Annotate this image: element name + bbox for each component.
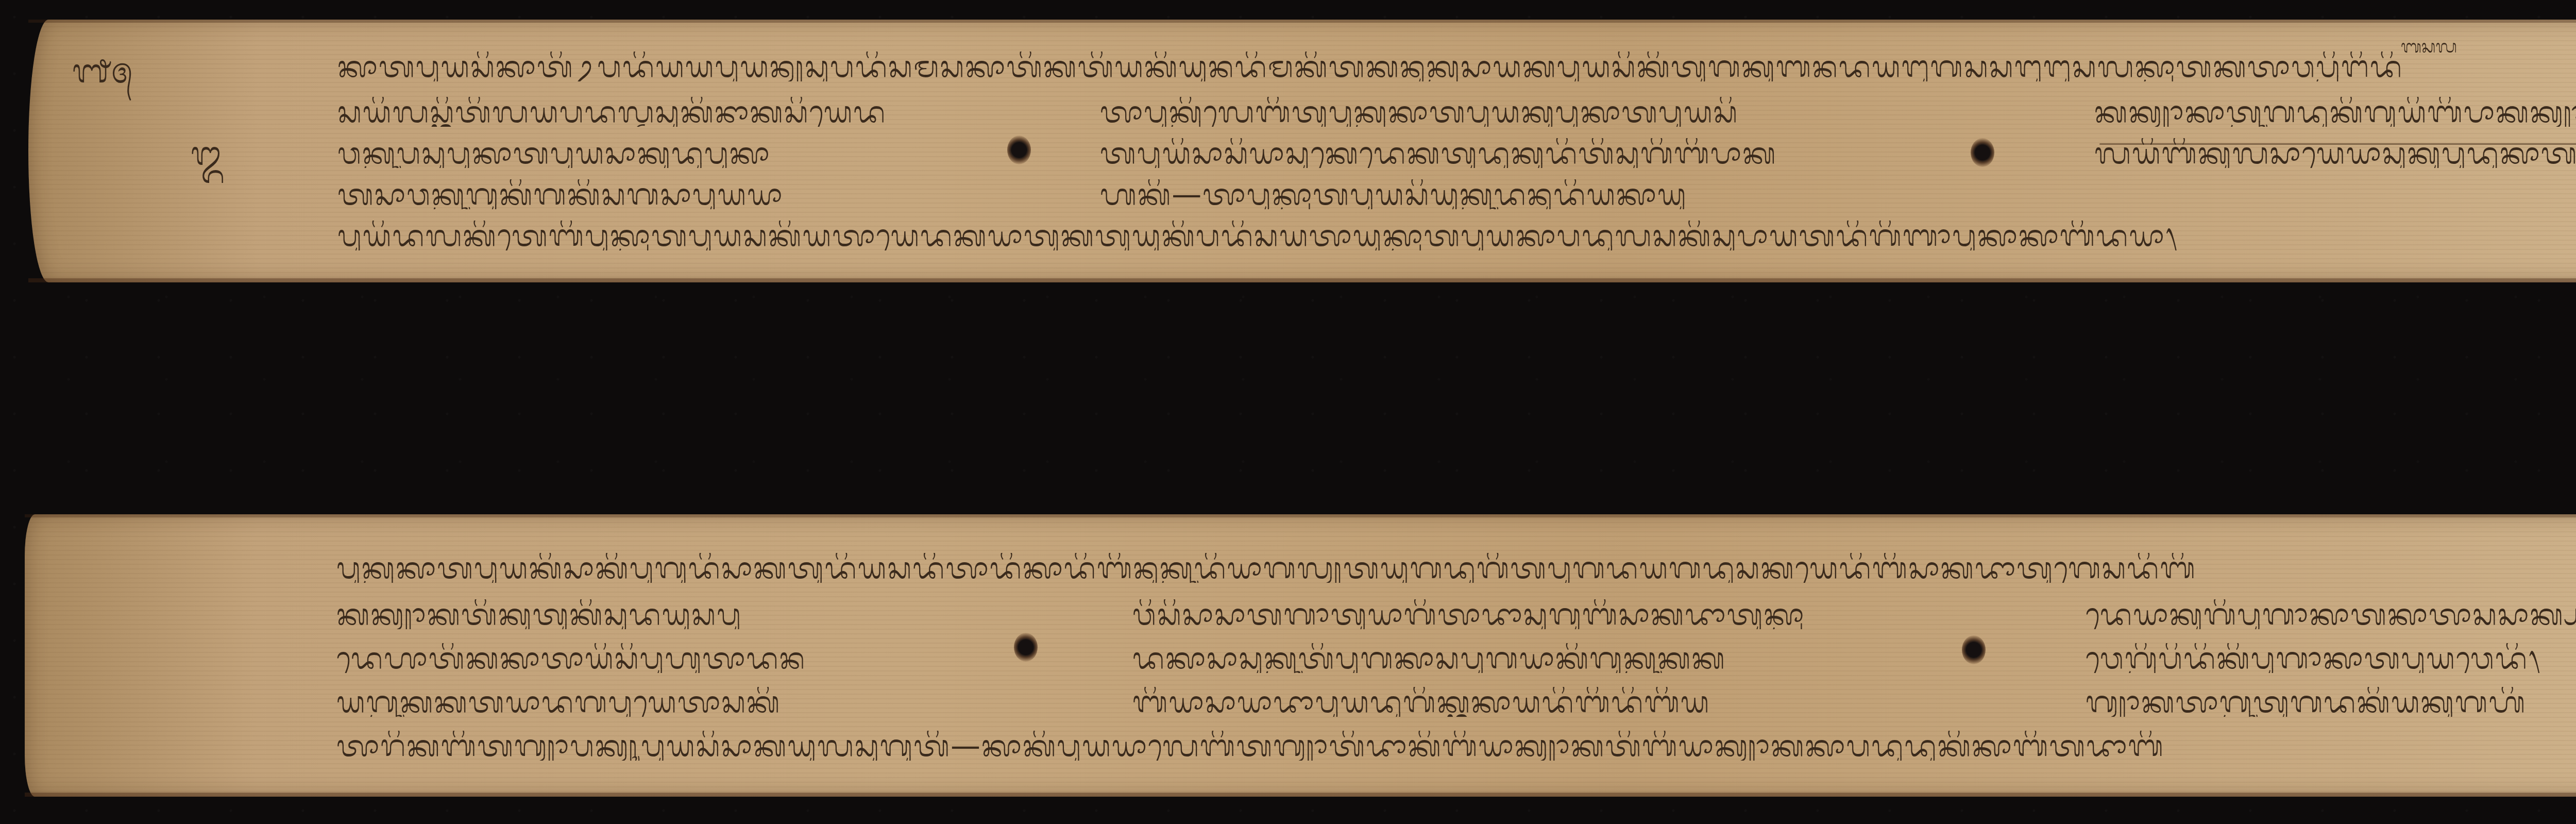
text-line-5: ᬧᬸᬬᬶᬤᬮᬓᬶᬢᬾᬩᬶᬧᬸᬓ᭄ᬭᬵᬢᬧᬸᬬᬲᬓᬶᬬᬢᬵᬬᬾᬤᬓᬬᬵᬢᬸᬓᬢᬸᬬ… [337, 221, 2576, 250]
text-line-4-middle: ᬩᬶᬬᬵᬲᬵᬬᬵᬤᬵᬧᬸᬬᬤᬸᬕᬶᬓ᭄ᬓᬸᬓᬵᬬᬤᬶᬩᬶᬤᬶᬩᬶᬬ [1132, 687, 1931, 717]
text-line-3-right: ᬯᬾᬕ᭄ᬭᬶᬧᬶᬤᬶᬓᬶᬧᬸᬕᬵᬓᬵᬢᬧᬸᬬᬯᬾᬤᬶ᭞ [2086, 643, 2576, 673]
leaf-edge [28, 278, 2576, 282]
text-line-2-left: ᬲᬬᬶᬮᬲ᭄ᬓᬶᬢᬶᬮᬬᬧᬤᬮ᭄ᬤᬸᬲᬸᬓᬶᬦᬵᬓᬲᬶᬬᬾᬤ [337, 97, 945, 127]
text-line-2-right: ᬓᬓ᭄ᬬᬵᬓᬵᬢ᭄ᬭᬸᬕᬤᬸᬓᬶᬕᬸᬬᬶᬩᬶᬧᬵᬓᬓ᭄ᬬᬵᬓ [2094, 97, 2576, 127]
text-line-4-left: ᬢᬲᬵᬯᬓ᭄ᬭᬸᬕᬸᬓᬶᬕᬓᬶᬲᬕᬲᬵᬧᬸᬬᬬᬵ [337, 179, 945, 209]
text-line-3-left: ᬯᬓ᭄ᬭᬸᬧᬲᬸᬧᬸᬓᬵᬢᬧᬸᬬᬲᬵᬓᬸᬤᬸᬧᬸᬓᬵ [337, 138, 945, 168]
text-line-5: ᬢᬵᬭᬶᬓᬩᬶᬢᬕ᭄ᬬᬵᬧᬓ᭄ᬬᬸᬧᬸᬬᬲᬶᬲᬵᬓᬬᬸᬮᬲᬸᬕᬸᬢᬶ—ᬓᬵᬓᬶᬧ… [336, 731, 2576, 761]
text-line-4-left: ᬬᬕ᭄ᬭᬸᬓᬓᬢᬬᬵᬤᬕᬧᬸᬬᬾᬢᬵᬲᬓᬶ [336, 687, 944, 717]
text-line-3-left: ᬤᬾᬳᬵᬢᬶᬓᬓᬵᬢᬵᬬᬶᬲᬶᬧᬸᬳᬸᬢᬵᬤᬦ [336, 643, 944, 673]
text-line-2-middle: ᬢᬵᬧᬸᬓ᭄ᬭᬶᬮᬾᬩᬶᬢᬸᬧᬸᬓ᭄ᬭᬓᬵᬢᬧᬸᬬᬓᬸᬧᬸᬓᬵᬢᬧᬸᬬᬲᬶ [1100, 97, 1924, 127]
binding-hole-left [1007, 136, 1031, 164]
margin-mark: ᭓ [191, 130, 223, 189]
text-line-2-left: ᬓᬓ᭄ᬬᬵᬓᬢᬶᬓᬸᬢᬸᬓᬶᬲᬸᬤᬬᬸᬲᬧᬸ [336, 599, 944, 629]
text-line-3-right: ᬮᬬᬶᬩᬶᬓᬸᬮᬲᬵᬬᬾᬬᬵᬲᬸᬓᬸᬧᬸᬤᬸᬓᬵᬢᬧ [2094, 138, 2576, 168]
text-line-2-middle: ᬯᬶᬲᬶᬲᬵᬲᬵᬢᬕᬵᬢᬸᬬᬵᬕᬶᬢᬵᬤᬵᬲᬸᬕᬸᬩᬶᬲᬵᬓᬤᬵᬢᬸᬓ᭄ᬭᬵ [1132, 599, 1931, 629]
text-line-3-middle: ᬤᬓᬵᬲᬵᬲᬸᬓ᭄ᬭᬸᬢᬶᬧᬸᬕᬓᬵᬲᬧᬸᬕᬬᬵᬓᬶᬕᬸᬓ᭄ᬭᬸᬓᬓ [1132, 643, 1931, 673]
palm-leaf-bottom: ᬧᬸᬓ᭄ᬭᬓᬵᬢᬧᬸᬬᬓᬶᬲᬵᬓᬶᬧᬸᬕᬸᬤᬶᬲᬵᬓᬢᬸᬤᬶᬬᬲᬤᬶᬢᬵᬤᬶᬓᬵ… [25, 514, 2576, 797]
text-line-1: ᬓᬵᬢᬧᬸᬬᬲᬶᬓᬵᬢᬶᬉᬧᬤᬶᬬᬬᬧᬸᬬᬦ᭄ᬬᬲᬸᬧᬤᬶᬲᬫᬲᬓᬵᬢᬶᬓᬢᬶᬬ… [337, 52, 2576, 81]
text-line-3-middle: ᬢᬧᬸᬬᬶᬲᬵᬲᬶᬬᬵᬲᬸᬓᬾᬤᬾᬓᬢᬸᬤᬸᬓᬸᬤᬶᬢᬶᬲᬸᬕᬶᬩᬶᬧᬵᬓ [1100, 138, 1924, 168]
binding-hole-left [1014, 633, 1038, 662]
palm-leaf-top: ᭑᭕ ᭓ ᬩᬲᬮ ᬓᬵᬢᬧᬸᬬᬲᬶᬓᬵᬢᬶᬉᬧᬤᬶᬬᬬᬧᬸᬬᬦ᭄ᬬᬲᬸᬧᬤᬶᬲᬫ… [28, 20, 2576, 282]
leaf-edge [25, 793, 2576, 797]
margin-leaf-number: ᭑᭕ [72, 48, 133, 107]
text-line-4-middle: ᬳᬓᬶ—ᬢᬵᬧᬸᬓ᭄ᬭᬵᬢᬧᬸᬬᬲᬶᬬᬸᬓ᭄ᬭᬸᬤᬦᬸᬤᬶᬬᬓᬵᬬᬸ [1100, 179, 1924, 209]
text-line-2-right: ᬤᬾᬬᬵᬓᬸᬕᬶᬧᬸᬕᬵᬓᬵᬢᬓᬵᬢᬵᬲᬲᬵᬓ᭄ᬧᬸᬕᬾᬬᬵ [2086, 599, 2576, 629]
leaf-edge [25, 514, 2576, 517]
binding-hole-right [1962, 635, 1986, 664]
text-line-1: ᬧᬸᬓ᭄ᬭᬓᬵᬢᬧᬸᬬᬓᬶᬲᬵᬓᬶᬧᬸᬕᬸᬤᬶᬲᬵᬓᬢᬸᬤᬶᬬᬲᬤᬶᬢᬵᬤᬶᬓᬵ… [336, 553, 2576, 583]
leaf-edge [28, 20, 2576, 23]
text-line-4-right: ᬕ᭄ᬬᬵᬓᬢᬵᬕ᭄ᬭᬸᬢᬸᬕᬤᬓᬶᬬᬓᬸᬕᬳᬶ [2086, 687, 2576, 717]
binding-hole-right [1971, 138, 1994, 167]
